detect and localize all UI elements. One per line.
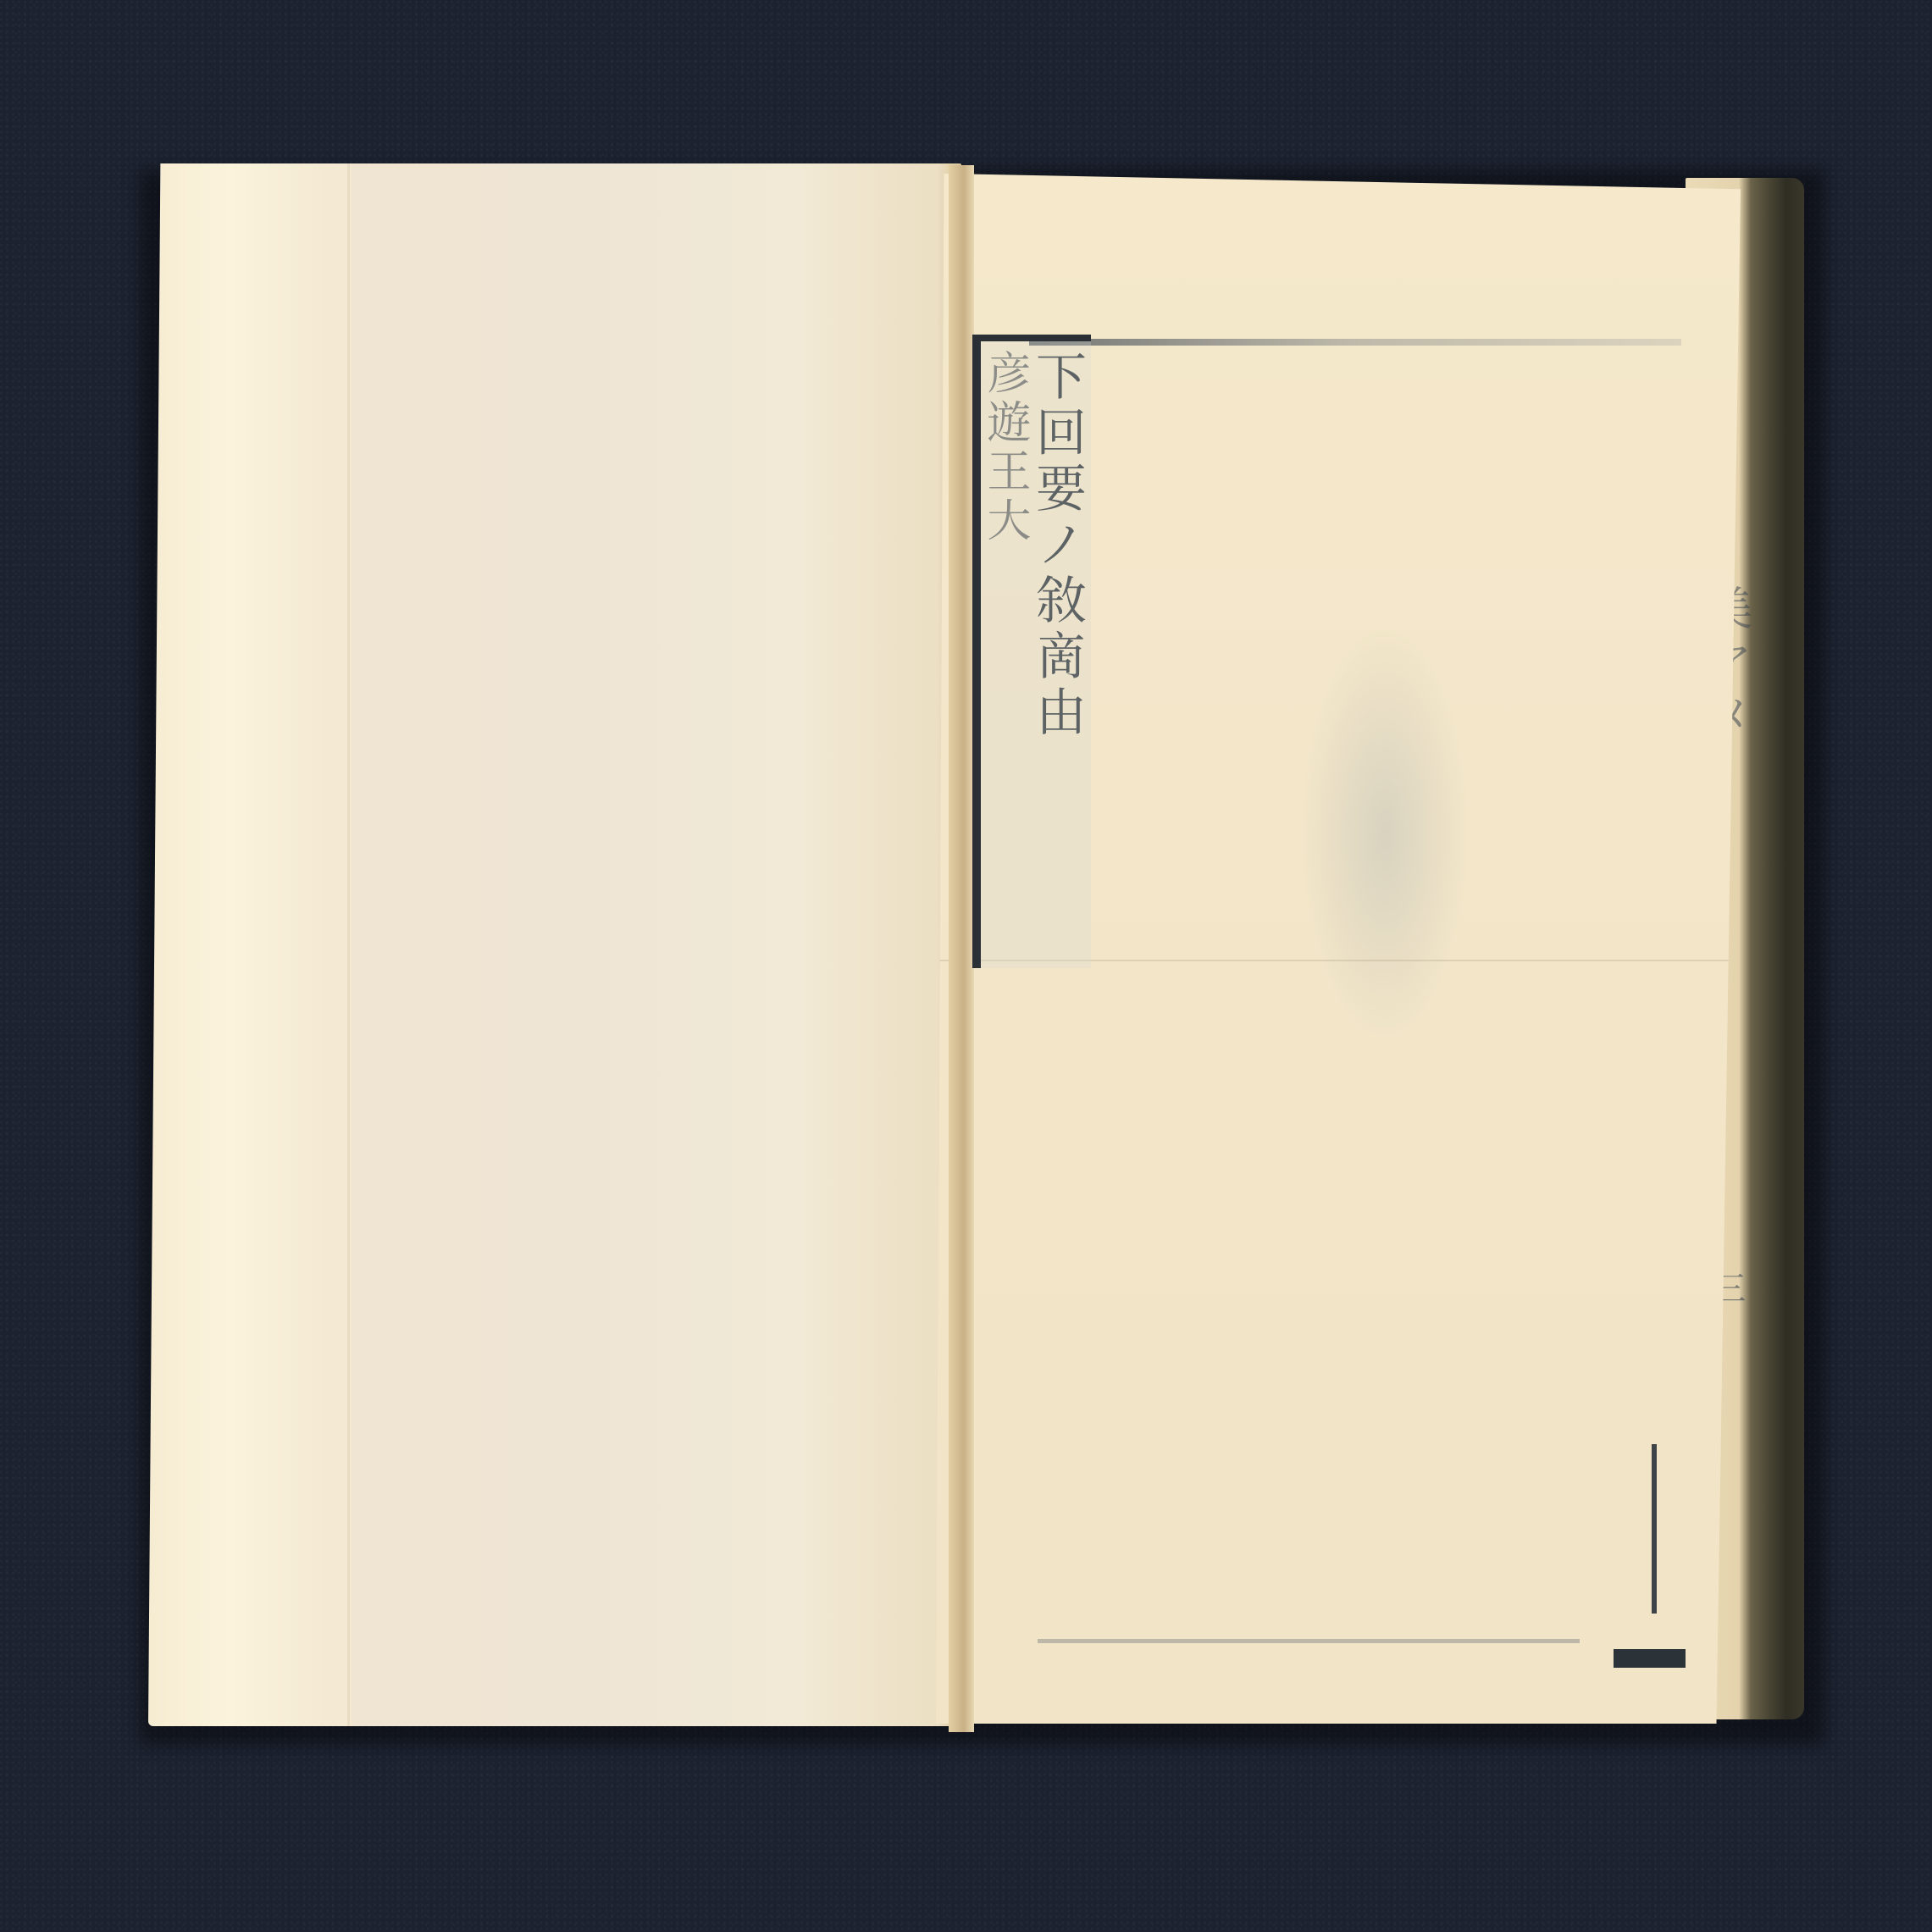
print-frame-top-border (1029, 339, 1681, 346)
bleed-through-ink (1300, 623, 1470, 1046)
book-spine-gutter (949, 165, 974, 1732)
print-frame-bottom-border (1038, 1639, 1580, 1643)
ink-mark (1614, 1649, 1686, 1668)
printed-text-block: 下回要ノ敘啇由 彦遊王大 (972, 335, 1091, 968)
text-column-1: 下回要ノ敘啇由 (1032, 350, 1082, 741)
ink-stroke (1652, 1444, 1657, 1614)
left-page-inner-panel (352, 163, 944, 1726)
left-page-fold-line (347, 163, 350, 1726)
text-column-2: 彦遊王大 (983, 350, 1027, 546)
left-page-blank (148, 163, 961, 1726)
